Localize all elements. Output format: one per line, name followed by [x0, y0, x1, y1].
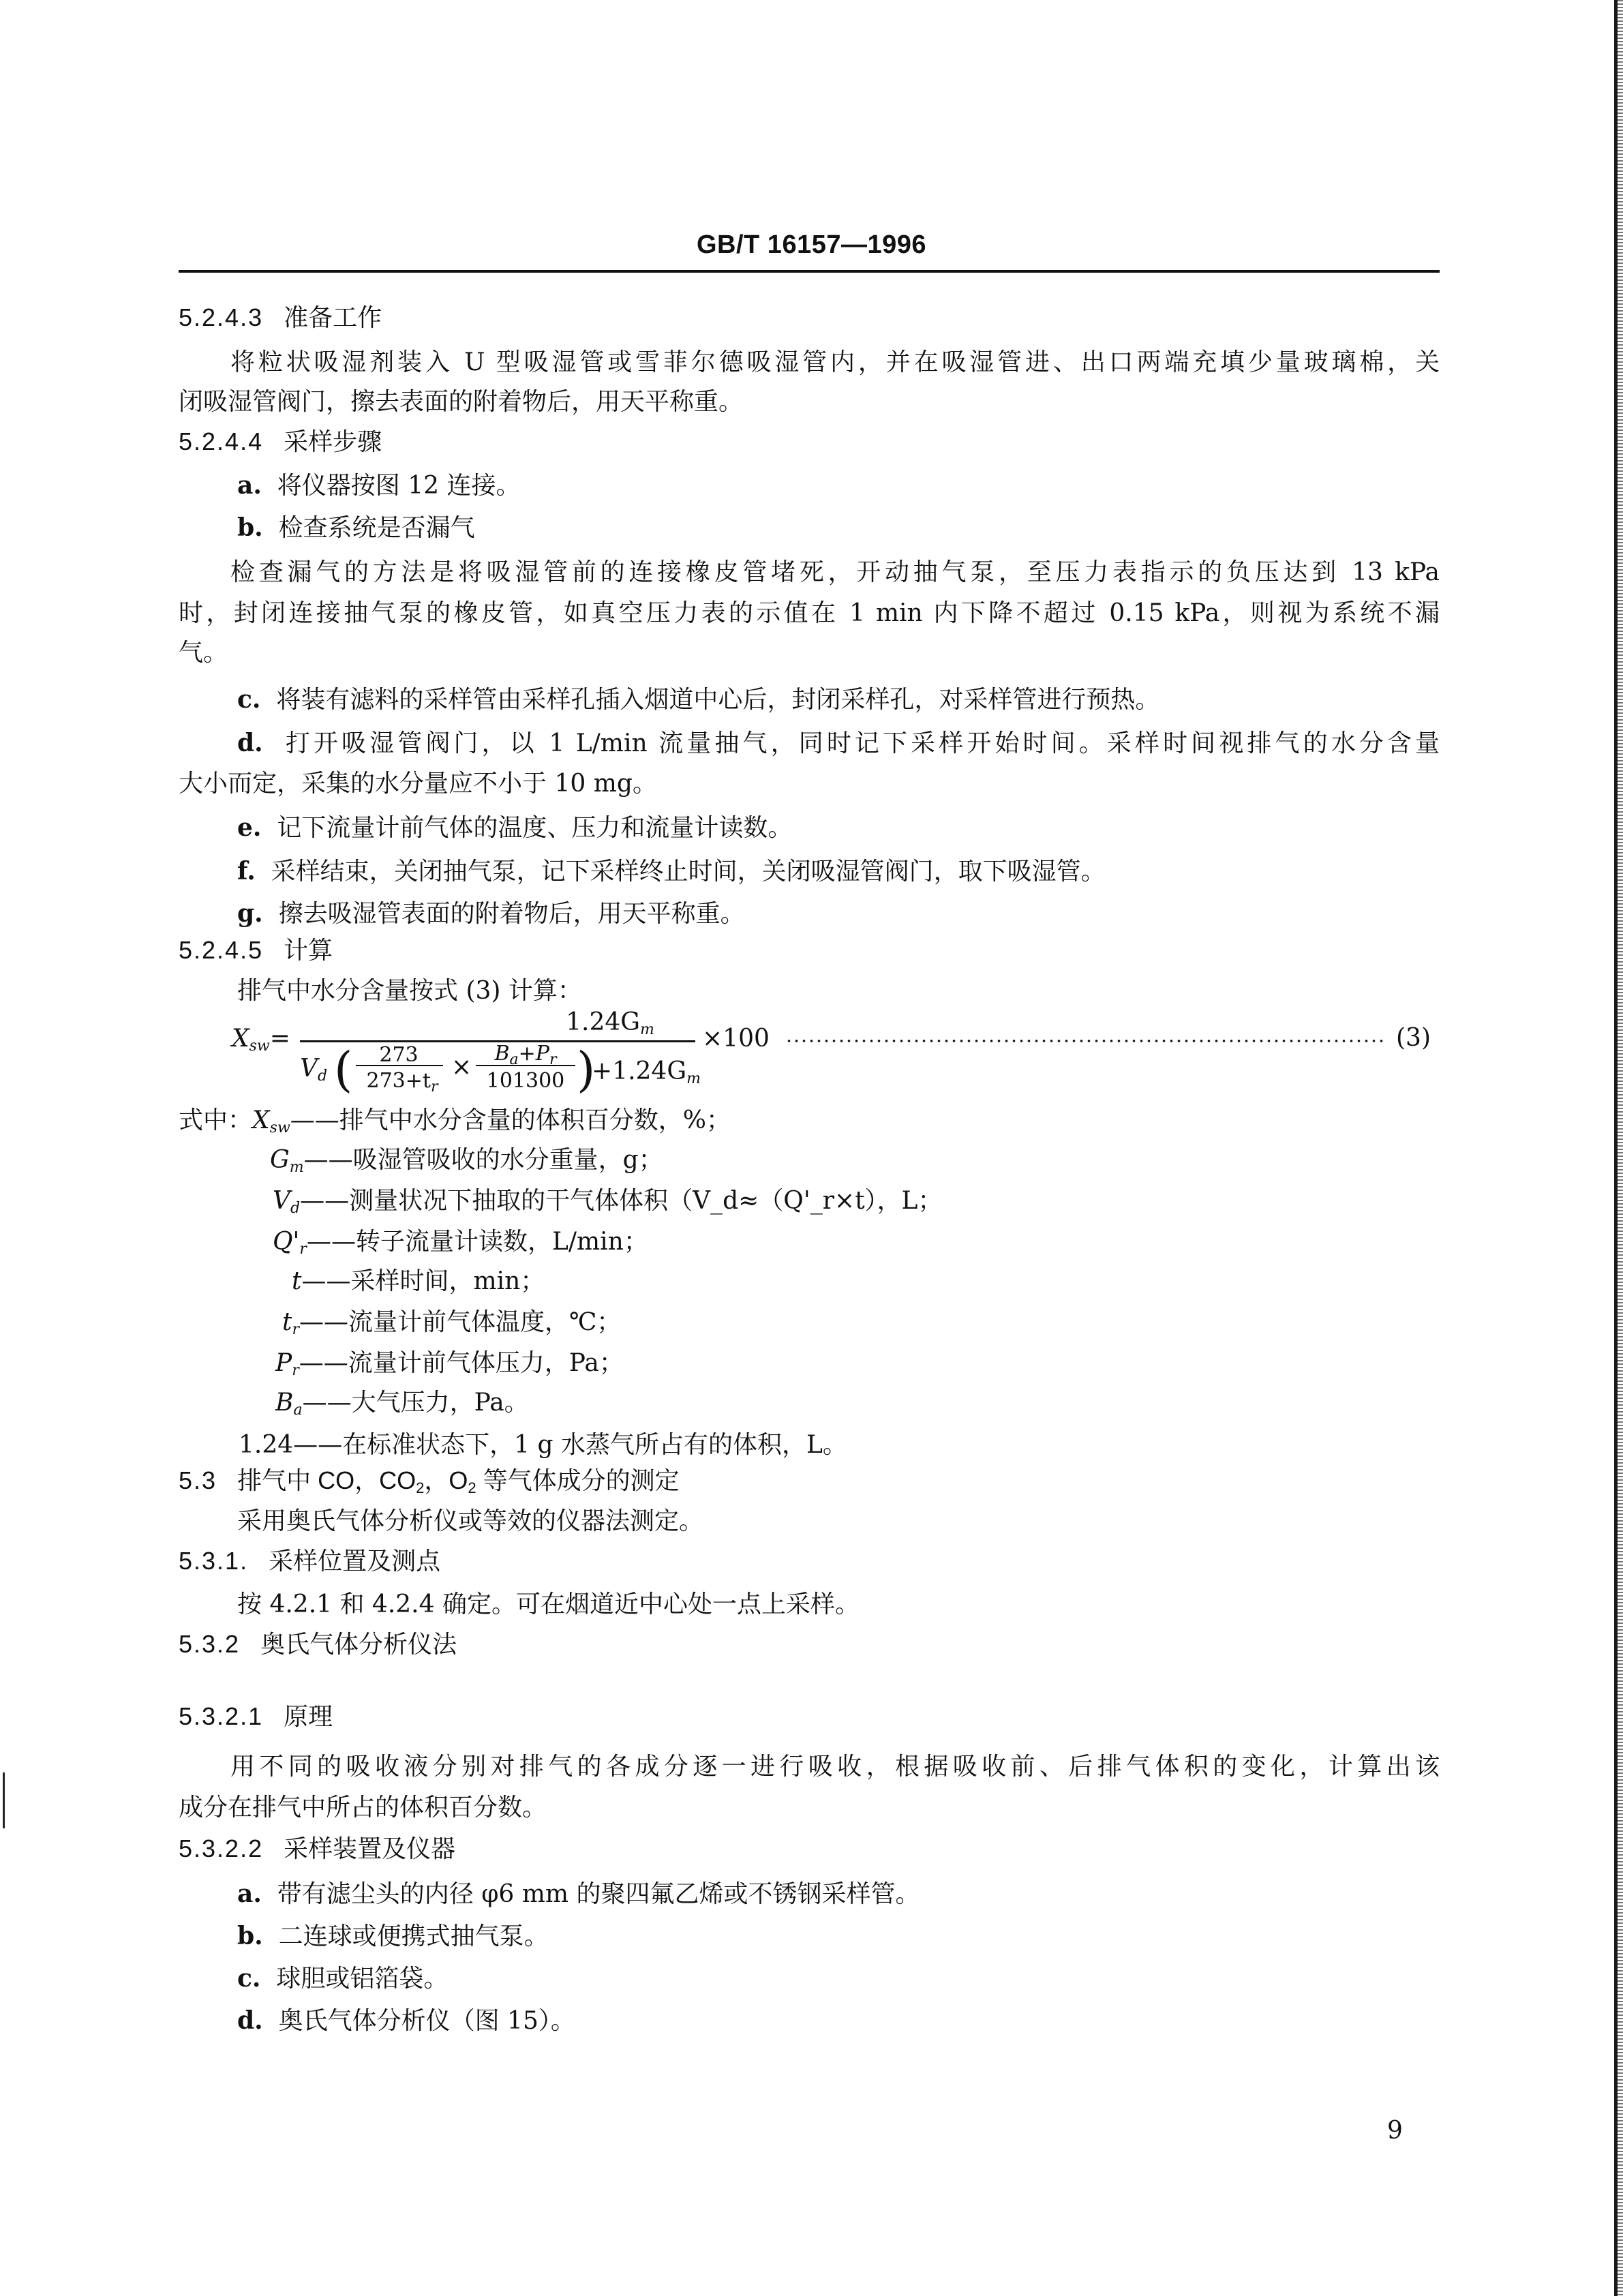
section-title: ，O — [424, 1466, 468, 1494]
section-heading-5-3-2-2: 5.3.2.2 采样装置及仪器 — [179, 1834, 455, 1864]
def-desc: ——流量计前气体温度，℃； — [299, 1308, 621, 1336]
definition-item: Vd——测量状况下抽取的干气体体积（V_d≈（Q'_r×t），L； — [273, 1186, 942, 1224]
def-desc: ——转子流量计读数，L/min； — [307, 1228, 648, 1256]
where-label: 式中： — [179, 1106, 252, 1134]
def-subscript: a — [293, 1402, 302, 1419]
scan-border-noise — [1618, 0, 1623, 2296]
definition-item: 式中：Xsw——排气中水分含量的体积百分数，%； — [179, 1106, 731, 1143]
section-heading-5-3-2: 5.3.2 奥氏气体分析仪法 — [179, 1629, 457, 1659]
formula-multiplier: ×100 — [702, 1024, 770, 1054]
section-title: 奥氏气体分析仪法 — [260, 1630, 457, 1658]
section-number: 5.3.2 — [179, 1630, 240, 1658]
leader-dots — [785, 1039, 1384, 1043]
section-heading-5-2-4-4: 5.2.4.4 采样步骤 — [179, 427, 382, 457]
section-heading-5-3-1: 5.3.1. 采样位置及测点 — [179, 1546, 440, 1576]
list-label: a. — [237, 1879, 262, 1908]
list-label: c. — [237, 685, 260, 714]
paragraph-line: 气。 — [179, 638, 228, 668]
list-text: 擦去吸湿管表面的附着物后，用天平称重。 — [279, 900, 745, 928]
section-number: 5.2.4.3 — [179, 303, 263, 331]
def-symbol: 1.24 — [239, 1431, 293, 1459]
section-number: 5.3.2.1 — [179, 1702, 263, 1730]
equation-number: (3) — [1396, 1024, 1431, 1052]
section-title: 采样步骤 — [284, 427, 382, 455]
list-label: e. — [237, 813, 261, 842]
list-item: d. 打开吸湿管阀门，以 1 L/min 流量抽气，同时记下采样开始时间。采样时… — [237, 728, 1440, 759]
definition-item: tr——流量计前气体温度，℃； — [282, 1308, 621, 1345]
def-desc: ——采样时间，min； — [301, 1267, 545, 1295]
paragraph-line: 成分在排气中所占的体积百分数。 — [179, 1793, 547, 1823]
list-label: f. — [237, 857, 256, 886]
subscript: 2 — [468, 1479, 476, 1496]
list-label: g. — [237, 899, 263, 928]
subscript: m — [686, 1070, 701, 1087]
list-text: 将仪器按图 12 连接。 — [277, 472, 521, 500]
definition-item: Pr——流量计前气体压力，Pa； — [275, 1348, 624, 1386]
section-heading-5-3-2-1: 5.3.2.1 原理 — [179, 1702, 333, 1732]
list-item: g. 擦去吸湿管表面的附着物后，用天平称重。 — [237, 898, 745, 929]
list-item-continuation: 大小而定，采集的水分量应不小于 10 mg。 — [179, 769, 657, 799]
definition-item: t——采样时间，min； — [292, 1267, 545, 1297]
def-desc: ——排气中水分含量的体积百分数，%； — [290, 1106, 731, 1134]
paragraph-line: 闭吸湿管阀门，擦去表面的附着物后，用天平称重。 — [179, 387, 743, 417]
list-item: d. 奥氏气体分析仪（图 15）。 — [237, 2006, 575, 2036]
paren-open: ( — [334, 1046, 352, 1093]
list-text: 记下流量计前气体的温度、压力和流量计读数。 — [277, 814, 792, 842]
def-symbol: Q' — [273, 1228, 299, 1256]
section-title: 计算 — [284, 936, 333, 964]
paragraph-line: 检查漏气的方法是将吸湿管前的连接橡皮管堵死，开动抽气泵，至压力表指示的负压达到 … — [230, 558, 1440, 588]
list-item: b. 检查系统是否漏气 — [237, 513, 475, 543]
paragraph-line: 采用奥氏气体分析仪或等效的仪器法测定。 — [237, 1507, 703, 1537]
list-text: 打开吸湿管阀门，以 1 L/min 流量抽气，同时记下采样开始时间。采样时间视排… — [286, 729, 1440, 757]
formula-lhs: Xsw= — [232, 1024, 290, 1061]
definition-item: Ba——大气压力，Pa。 — [275, 1388, 529, 1425]
equals-sign: = — [270, 1025, 290, 1053]
list-item: a. 带有滤尘头的内径 φ6 mm 的聚四氟乙烯或不锈钢采样管。 — [237, 1879, 920, 1909]
list-label: b. — [237, 513, 263, 542]
subscript: sw — [249, 1038, 270, 1055]
definition-item: Q'r——转子流量计读数，L/min； — [273, 1227, 648, 1265]
section-title: 准备工作 — [284, 303, 382, 331]
list-label: b. — [237, 1922, 263, 1950]
section-title: 排气中 CO，CO — [237, 1466, 416, 1494]
def-symbol: B — [275, 1389, 293, 1417]
list-item: e. 记下流量计前气体的温度、压力和流量计读数。 — [237, 813, 792, 843]
section-number: 5.3.1. — [179, 1547, 248, 1575]
def-subscript: m — [290, 1159, 304, 1176]
paragraph-line: 按 4.2.1 和 4.2.4 确定。可在烟道近中心处一点上采样。 — [237, 1590, 860, 1620]
def-subscript: d — [290, 1200, 300, 1217]
subscript: d — [318, 1068, 327, 1085]
section-title: 采样装置及仪器 — [284, 1834, 455, 1862]
def-symbol: t — [292, 1267, 301, 1295]
list-item: f. 采样结束，关闭抽气泵，记下采样终止时间，关闭吸湿管阀门，取下吸湿管。 — [237, 856, 1106, 887]
def-subscript: r — [299, 1241, 307, 1258]
def-symbol: t — [282, 1308, 292, 1336]
list-text: 奥氏气体分析仪（图 15）。 — [279, 2007, 575, 2035]
denominator-vd: Vd — [300, 1054, 327, 1091]
list-text: 检查系统是否漏气 — [279, 514, 475, 542]
definition-item: 1.24——在标准状态下，1 g 水蒸气所占有的体积，L。 — [239, 1430, 847, 1460]
list-label: d. — [237, 2006, 263, 2035]
section-number: 5.3.2.2 — [179, 1834, 263, 1862]
equation-3: Xsw= 1.24Gm ×100 Vd ( 273 273+tr × Ba+Pr… — [232, 1008, 1445, 1096]
paragraph-line: 时，封闭连接抽气泵的橡皮管，如真空压力表的示值在 1 min 内下降不超过 0.… — [179, 599, 1440, 629]
def-subscript: r — [292, 1321, 299, 1338]
section-number: 5.2.4.4 — [179, 427, 263, 455]
subscript: m — [640, 1021, 654, 1038]
section-number: 5.2.4.5 — [179, 936, 263, 964]
plus-p: +P — [519, 1042, 549, 1066]
def-desc: ——在标准状态下，1 g 水蒸气所占有的体积，L。 — [293, 1431, 847, 1459]
symbol-x: X — [232, 1025, 249, 1053]
page-number: 9 — [1387, 2117, 1403, 2145]
subscript: r — [431, 1078, 438, 1096]
def-subscript: sw — [270, 1119, 290, 1136]
symbol-b: B — [494, 1042, 509, 1066]
list-text: 将装有滤料的采样管由采样孔插入烟道中心后，封闭采样孔，对采样管进行预热。 — [276, 686, 1159, 714]
section-heading-5-2-4-3: 5.2.4.3 准备工作 — [179, 303, 382, 333]
def-desc: ——吸湿管吸收的水分重量，g； — [304, 1146, 663, 1174]
header-rule — [179, 270, 1440, 273]
standard-code-header: GB/T 16157—1996 — [0, 230, 1623, 260]
def-symbol: V — [273, 1187, 290, 1215]
fraction-101300-den: 101300 — [474, 1066, 577, 1096]
list-text: 球胆或铝箔袋。 — [276, 1965, 448, 1993]
times-sign: × — [451, 1053, 472, 1083]
fraction-273-den: 273+tr — [354, 1066, 450, 1102]
def-desc: ——测量状况下抽取的干气体体积（V_d≈（Q'_r×t），L； — [300, 1187, 942, 1215]
scan-mark-left — [3, 1772, 5, 1828]
section-title: 原理 — [284, 1702, 333, 1730]
definition-item: Gm——吸湿管吸收的水分重量，g； — [270, 1145, 663, 1183]
symbol-v: V — [300, 1055, 318, 1083]
paragraph-line: 将粒状吸湿剂装入 U 型吸湿管或雪菲尔德吸湿管内，并在吸湿管进、出口两端充填少量… — [230, 348, 1440, 378]
document-page: GB/T 16157—1996 5.2.4.3 准备工作 将粒状吸湿剂装入 U … — [0, 0, 1623, 2296]
list-item: b. 二连球或便携式抽气泵。 — [237, 1921, 549, 1952]
list-text: 二连球或便携式抽气泵。 — [279, 1922, 549, 1950]
def-desc: ——大气压力，Pa。 — [303, 1389, 529, 1417]
def-symbol: G — [270, 1146, 290, 1174]
section-heading-5-3: 5.3 排气中 CO，CO2，O2 等气体成分的测定 — [179, 1466, 680, 1503]
section-title: 等气体成分的测定 — [476, 1466, 680, 1494]
list-text: 带有滤尘头的内径 φ6 mm 的聚四氟乙烯或不锈钢采样管。 — [277, 1880, 920, 1908]
tail-text: +1.24G — [592, 1057, 686, 1085]
list-item: c. 球胆或铝箔袋。 — [237, 1963, 448, 1994]
def-symbol: P — [275, 1349, 292, 1377]
paragraph-line: 用不同的吸收液分别对排气的各成分逐一进行吸收，根据吸收前、后排气体积的变化，计算… — [230, 1752, 1440, 1782]
section-heading-5-2-4-5: 5.2.4.5 计算 — [179, 935, 333, 965]
numerator-text: 1.24G — [566, 1008, 640, 1036]
list-text: 采样结束，关闭抽气泵，记下采样终止时间，关闭吸湿管阀门，取下吸湿管。 — [271, 858, 1106, 886]
def-subscript: r — [292, 1362, 299, 1379]
subscript: 2 — [416, 1479, 424, 1496]
denominator-tail: +1.24Gm — [592, 1057, 701, 1094]
def-symbol: X — [252, 1106, 270, 1134]
def-desc: ——流量计前气体压力，Pa； — [299, 1349, 624, 1377]
list-label: a. — [237, 471, 262, 500]
section-number: 5.3 — [179, 1466, 217, 1494]
list-item: a. 将仪器按图 12 连接。 — [237, 470, 520, 501]
paragraph-line: 排气中水分含量按式 (3) 计算： — [237, 976, 582, 1006]
list-label: c. — [237, 1964, 260, 1993]
list-item: c. 将装有滤料的采样管由采样孔插入烟道中心后，封闭采样孔，对采样管进行预热。 — [237, 684, 1159, 715]
list-label: d. — [237, 729, 263, 757]
denominator-text: 273+t — [367, 1069, 431, 1093]
section-title: 采样位置及测点 — [269, 1547, 440, 1575]
